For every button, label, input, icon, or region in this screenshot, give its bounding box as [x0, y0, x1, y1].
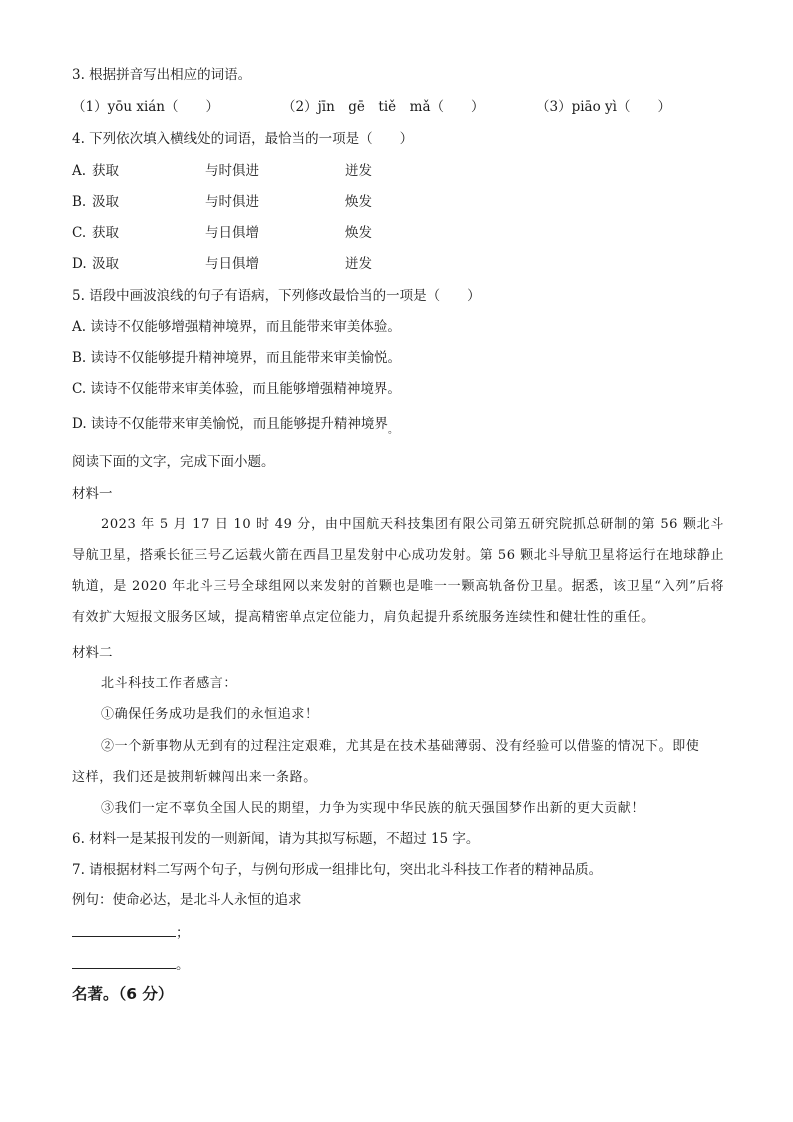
option-word-3: 焕发 [345, 224, 372, 242]
q7-answer-line-2[interactable]: 。 [72, 956, 190, 974]
q3-title: 3. 根据拼音写出相应的词语。 [72, 66, 251, 84]
option-word-3: 焕发 [345, 193, 372, 211]
option-word-2: 与时俱进 [205, 162, 259, 180]
answer-blank[interactable] [72, 956, 176, 969]
semicolon: ； [176, 925, 190, 941]
q7-example: 例句：使命必达，是北斗人永恒的追求 [72, 891, 302, 909]
option-word-1: 汲取 [92, 193, 119, 211]
section-title: 名著。（6 分） [72, 985, 173, 1003]
material1-text: 2023 年 5 月 17 日 10 时 49 分，由中国航天科技集团有限公司第… [72, 509, 724, 633]
quote-2-line-2: 这样，我们还是披荆斩棘闯出来一条路。 [72, 769, 317, 787]
option-letter: D. [72, 255, 87, 273]
reading-intro: 阅读下面的文字，完成下面小题。 [72, 453, 275, 471]
option-word-2: 与日俱增 [205, 255, 259, 273]
period: 。 [176, 957, 190, 973]
option-word-1: 获取 [92, 162, 119, 180]
q7-title: 7. 请根据材料二写两个句子，与例句形成一组排比句，突出北斗科技工作者的精神品质… [72, 861, 602, 879]
option-word-3: 迸发 [345, 255, 372, 273]
q5-option-d: D. 读诗不仅能带来审美愉悦，而且能够提升精神境界。 [72, 415, 398, 435]
q4-title: 4. 下列依次填入横线处的词语，最恰当的一项是（ ） [72, 130, 413, 148]
q5-option-a: A. 读诗不仅能够增强精神境界，而且能带来审美体验。 [72, 318, 401, 336]
option-letter: A. [72, 162, 86, 180]
period: 。 [388, 425, 398, 436]
option-letter: C. [72, 224, 86, 242]
q5-title: 5. 语段中画波浪线的句子有语病，下列修改最恰当的一项是（ ） [72, 287, 481, 305]
option-word-1: 获取 [92, 224, 119, 242]
option-word-2: 与日俱增 [205, 224, 259, 242]
quote-1: ①确保任务成功是我们的永恒追求！ [101, 706, 319, 724]
q3-item-1: （1）yōu xián（ ） [72, 98, 219, 116]
q7-answer-line-1[interactable]: ； [72, 924, 190, 942]
option-text: D. 读诗不仅能带来审美愉悦，而且能够提升精神境界 [72, 416, 388, 432]
material2-title: 材料二 [72, 644, 113, 662]
option-word-2: 与时俱进 [205, 193, 259, 211]
option-word-1: 汲取 [92, 255, 119, 273]
q3-item-2: （2）jīn gē tiě mǎ（ ） [282, 98, 485, 116]
material1-title: 材料一 [72, 485, 113, 503]
answer-blank[interactable] [72, 924, 176, 937]
q6-title: 6. 材料一是某报刊发的一则新闻，请为其拟写标题，不超过 15 字。 [72, 830, 479, 848]
quote-2-line-1: ②一个新事物从无到有的过程注定艰难，尤其是在技术基础薄弱、没有经验可以借鉴的情况… [101, 738, 699, 756]
quote-3: ③我们一定不辜负全国人民的期望，力争为实现中华民族的航天强国梦作出新的更大贡献！ [101, 800, 645, 818]
option-word-3: 迸发 [345, 162, 372, 180]
option-letter: B. [72, 193, 86, 211]
q5-option-b: B. 读诗不仅能够提升精神境界，而且能带来审美愉悦。 [72, 349, 401, 367]
q5-option-c: C. 读诗不仅能带来审美体验，而且能够增强精神境界。 [72, 380, 401, 398]
q3-item-3: （3）piāo yì（ ） [536, 98, 671, 116]
material2-lead: 北斗科技工作者感言： [101, 675, 237, 693]
